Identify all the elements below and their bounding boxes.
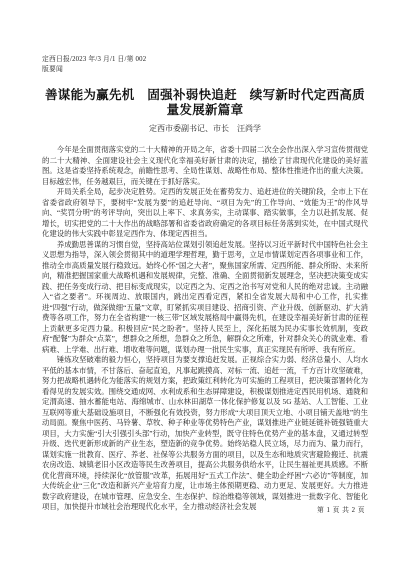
article-paragraph: 锤炼攻坚破难的毅力恒心，坚持项目为要支撑追赶发展。正视综合实力弱、经济总量小、人… [42,355,368,513]
article-byline: 定西市委副书记、市长 汪尚学 [42,123,368,135]
publication-info-line1: 定西日报/2023 年/3 月/1 日/第 002 [42,55,368,65]
document-page: 定西日报/2023 年/3 月/1 日/第 002 版要闻 善谋能为赢先机 固强… [0,0,410,580]
page-number-indicator: 第 1 页 共 2 页 [317,504,365,514]
publication-info-line2: 版要闻 [42,65,368,75]
article-body: 今年是全面贯彻落实党的二十大精神的开局之年，省委十四届二次全会作出深入学习宣传贯… [42,145,368,513]
article-title: 善谋能为赢先机 固强补弱快追赶 续写新时代定西高质量发展新篇章 [42,88,368,118]
article-paragraph: 今年是全面贯彻落实党的二十大精神的开局之年，省委十四届二次全会作出深入学习宣传贯… [42,145,368,187]
article-paragraph: 开局关系全局，起步决定胜势。定西的发展正处在蓄势发力、追赶进位的关键阶段，全市上… [42,187,368,240]
publication-info: 定西日报/2023 年/3 月/1 日/第 002 版要闻 [42,55,368,75]
article-paragraph: 养成勤思善谋的习惯自觉，坚持高站位谋划引领追赶发展。坚持以习近平新时代中国特色社… [42,240,368,356]
